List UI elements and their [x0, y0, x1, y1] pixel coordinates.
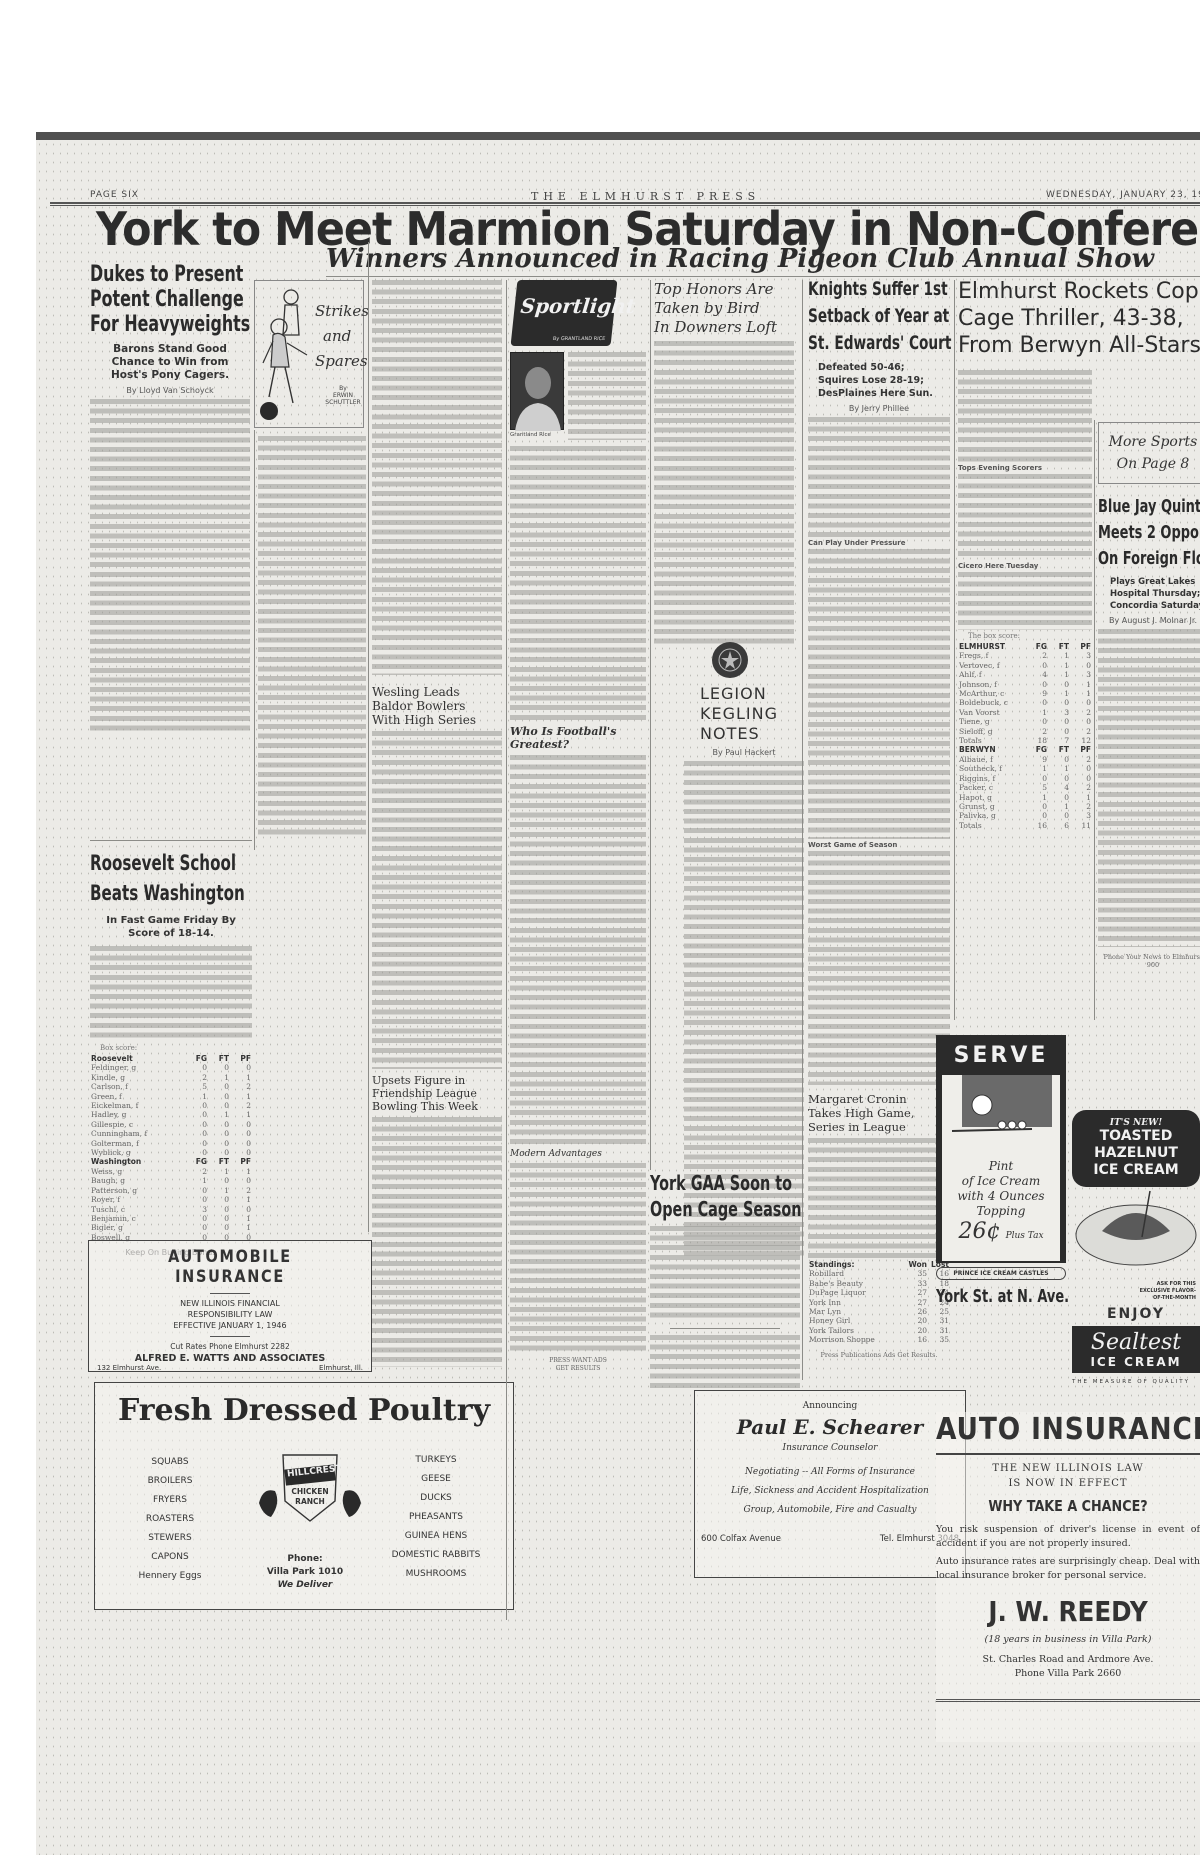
product-line: HAZELNUT: [1076, 1145, 1196, 1162]
box-score-table: WashingtonFGFTPFWeiss, g211Baugh, g100Pa…: [90, 1157, 252, 1242]
logo-line: CHICKEN: [285, 1487, 335, 1497]
table-row: Patterson, g012: [90, 1186, 252, 1195]
headline-line: Friendship League: [372, 1087, 502, 1100]
poultry-item: FRYERS: [115, 1491, 225, 1510]
table-row: McArthur, c911: [958, 689, 1092, 698]
headline-line: Setback of Year at: [808, 303, 910, 330]
page-number: PAGE SIX: [90, 190, 139, 200]
more-sports-line: On Page 8: [1099, 453, 1200, 475]
headline-line: Potent Challenge: [90, 287, 205, 312]
divider: [670, 1328, 780, 1329]
poultry-item: PHEASANTS: [373, 1508, 499, 1527]
upsets-headline: Upsets Figure in Friendship League Bowli…: [372, 1074, 502, 1113]
table-row: Morrison Shoppe1635: [808, 1335, 950, 1344]
ad-services: Negotiating -- All Forms of Insurance Li…: [695, 1463, 965, 1520]
box-score-header: RooseveltFGFTPF: [90, 1054, 252, 1063]
headline-line: Meets 2 Opponents: [1098, 520, 1177, 546]
offer-line: with 4 Ounces: [942, 1189, 1060, 1204]
table-row: Wyblick, g000: [90, 1148, 252, 1157]
ad-jw-reedy: AUTO INSURANCE THE NEW ILLINOIS LAW IS N…: [936, 1412, 1200, 1742]
headline-line: KEGLING: [700, 704, 804, 724]
table-row: Eickelman, f002: [90, 1101, 252, 1110]
headline-line: LEGION: [700, 684, 804, 704]
roosevelt-box-score: RooseveltFGFTPFFeldinger, g000Kindle, g2…: [90, 1054, 252, 1242]
column-rule: [368, 242, 369, 1232]
want-ads-filler: PRESS WANT ADS GET RESULTS: [548, 1357, 608, 1373]
poultry-item: CAPONS: [115, 1548, 225, 1567]
offer-line: of Ice Cream: [942, 1174, 1060, 1189]
ad-prince-ice-cream: SERVE Pint of Ice Cream with 4 Ounces To…: [936, 1035, 1066, 1325]
deck-line: Plays Great Lakes: [1110, 576, 1200, 588]
section-rule: [326, 276, 1200, 277]
table-row: Fregs, f213: [958, 651, 1092, 660]
poultry-list-left: SQUABSBROILERSFRYERSROASTERSSTEWERSCAPON…: [115, 1453, 225, 1586]
sportlight-body-2: Who Is Football's Greatest?: [510, 755, 646, 1145]
headline-line: Margaret Cronin: [808, 1092, 950, 1106]
bluejay-deck: Plays Great Lakes Hospital Thursday; Con…: [1098, 576, 1200, 612]
headline-line: Knights Suffer 1st: [808, 276, 910, 303]
ad-fresh-poultry: Fresh Dressed Poultry SQUABSBROILERSFRYE…: [94, 1382, 514, 1610]
table-row: Ahlf, f413: [958, 670, 1092, 679]
rockets-headline: Elmhurst Rockets Cop Cage Thriller, 43-3…: [958, 278, 1200, 359]
headline-line: Cage Thriller, 43-38,: [958, 305, 1200, 332]
issue-date: WEDNESDAY, JANUARY 23, 1946: [1046, 190, 1200, 200]
poultry-item: MUSHROOMS: [373, 1565, 499, 1584]
table-row: Van Voorst132: [958, 708, 1092, 717]
deck-line: Squires Lose 28-19;: [818, 374, 950, 387]
product-line: ICE CREAM: [1076, 1162, 1196, 1179]
section-rule: [90, 840, 252, 841]
poultry-item: BROILERS: [115, 1472, 225, 1491]
scan-margin: [0, 0, 1200, 140]
sportlight-wordmark: Sportlight: [512, 280, 617, 332]
article-roosevelt: Roosevelt School Beats Washington In Fas…: [90, 848, 252, 1261]
box-score-table: BERWYNFGFTPFAlbaue, f902Southeck, f110Ri…: [958, 745, 1092, 830]
strikes-continued-body: WITH SQUADS AT 4, 5, 6, 8 and 10 o'clock…: [372, 280, 502, 675]
ad-sealtest: IT'S NEW! TOASTED HAZELNUT ICE CREAM ASK…: [1072, 1110, 1200, 1380]
headline-line: With High Series: [372, 713, 502, 727]
table-row: DuPage Liquor2724: [808, 1288, 950, 1297]
ad-contact: St. Charles Road and Ardmore Ave. Phone …: [936, 1653, 1200, 1681]
offer-line: Pint: [942, 1159, 1060, 1174]
box-score-header: BERWYNFGFTPF: [958, 745, 1092, 754]
grantland-rice-photo: [510, 352, 564, 430]
modern-advantages-subhead: Modern Advantages: [510, 1149, 646, 1159]
title-line: Strikes: [315, 299, 369, 324]
table-row: Babe's Beauty3318: [808, 1279, 950, 1288]
cronin-standings: Standings:WonLostRobillard3516Babe's Bea…: [808, 1260, 950, 1345]
bluejay-body: After suffering defeat 35-33 in a very c…: [1098, 629, 1200, 947]
photo-caption: Grantland Rice: [510, 432, 551, 438]
ad-firm: ALFRED E. WATTS AND ASSOCIATES: [89, 1353, 371, 1364]
table-row: Albaue, f902: [958, 755, 1092, 764]
prince-ad-frame: SERVE Pint of Ice Cream with 4 Ounces To…: [936, 1035, 1066, 1263]
table-row: Weiss, g211: [90, 1167, 252, 1176]
table-row: Vertovec, f010: [958, 661, 1092, 670]
table-row: Boldebuck, c000: [958, 698, 1092, 707]
ad-product: TOASTED HAZELNUT ICE CREAM: [1076, 1128, 1196, 1179]
standings-table: Standings:WonLostRobillard3516Babe's Bea…: [808, 1260, 950, 1345]
rockets-subhead: Cicero Here Tuesday: [958, 562, 1092, 570]
table-row: Grunst, g012: [958, 802, 1092, 811]
deck-line: Hospital Thursday;: [1110, 588, 1200, 600]
poultry-item: DOMESTIC RABBITS: [373, 1546, 499, 1565]
rockets-subhead: Tops Evening Scorers: [958, 464, 1092, 472]
table-row: Hapot, g101: [958, 793, 1092, 802]
article-sportlight: Sportlight By GRANTLAND RICE Grantland R…: [510, 280, 646, 1373]
legion-headline: LEGION KEGLING NOTES: [684, 684, 804, 744]
headline-line: NOTES: [700, 724, 804, 744]
sportlight-side-body: Sportlight: [568, 352, 646, 440]
ad-address: 600 Colfax Avenue: [701, 1534, 781, 1544]
dukes-deck: Barons Stand Good Chance to Win from Hos…: [98, 343, 242, 382]
ad-title: Fresh Dressed Poultry: [95, 1393, 513, 1428]
more-sports-line: More Sports: [1099, 431, 1200, 453]
ad-line: Life, Sickness and Accident Hospitalizat…: [695, 1482, 965, 1501]
headline-line: Roosevelt School: [90, 848, 207, 878]
headline-line: York GAA Soon to: [650, 1170, 758, 1196]
dukes-body: "Go west, young man," advised Horace Gre…: [90, 399, 250, 734]
ad-brand-sub: ICE CREAM: [1072, 1355, 1200, 1369]
roosevelt-headline: Roosevelt School Beats Washington: [90, 848, 207, 908]
knights-headline: Knights Suffer 1st Setback of Year at St…: [808, 276, 910, 357]
table-row: Mar Lyn2625: [808, 1307, 950, 1316]
wesling-body: Wesling of Home Motors had high series c…: [372, 731, 502, 1069]
ad-brand: PRINCE ICE CREAM CASTLES: [936, 1267, 1066, 1280]
headline-line: St. Edwards' Court: [808, 330, 910, 357]
rockets-box-score: ELMHURSTFGFTPFFregs, f213Vertovec, f010A…: [958, 642, 1092, 830]
ad-paragraph: You risk suspension of driver's license …: [936, 1523, 1200, 1551]
table-row: York Inn2724: [808, 1298, 950, 1307]
box-score-header: ELMHURSTFGFTPF: [958, 642, 1092, 651]
title-line: Spares: [315, 349, 369, 374]
ad-years: (18 years in business in Villa Park): [936, 1634, 1200, 1645]
headline-line: Takes High Game,: [808, 1106, 950, 1120]
strikes-continued-col: WITH SQUADS AT 4, 5, 6, 8 and 10 o'clock…: [372, 280, 502, 675]
ad-line: EFFECTIVE JANUARY 1, 1946: [89, 1320, 371, 1331]
column-rule: [254, 430, 255, 850]
ad-serve: SERVE: [938, 1037, 1064, 1068]
divider: [936, 1453, 1200, 1455]
table-row: Royer, f001: [90, 1195, 252, 1204]
article-knights: Knights Suffer 1st Setback of Year at St…: [808, 276, 950, 1085]
article-cronin: Margaret Cronin Takes High Game, Series …: [808, 1092, 950, 1359]
deck-line: Defeated 50-46;: [818, 361, 950, 374]
ad-title: Insurance Counselor: [695, 1443, 965, 1453]
ad-offer: Pint of Ice Cream with 4 Ounces Topping: [942, 1159, 1060, 1219]
bowler-illustration-icon: [259, 285, 319, 425]
sealtest-headline-box: IT'S NEW! TOASTED HAZELNUT ICE CREAM: [1072, 1110, 1200, 1187]
headline-line: Beats Washington: [90, 878, 207, 908]
ad-automobile-insurance: AUTOMOBILE INSURANCE NEW ILLINOIS FINANC…: [88, 1240, 372, 1372]
knights-body: Defeated 50-46;: [808, 417, 950, 537]
rockets-body: The Elmhurst Rockets copped a basketball…: [958, 370, 1092, 462]
column-rule: [506, 280, 507, 1620]
pigeon-headline: Winners Announced in Racing Pigeon Club …: [326, 244, 1106, 274]
headline-line: Dukes to Present: [90, 262, 205, 287]
table-row: Green, f101: [90, 1092, 252, 1101]
knights-body-3: DesPlaines Here Sun.: [808, 851, 950, 1085]
ad-law-lines: NEW ILLINOIS FINANCIAL RESPONSIBILITY LA…: [89, 1298, 371, 1331]
roosevelt-deck: In Fast Game Friday By Score of 18-14.: [100, 914, 242, 940]
table-row: Johnson, f001: [958, 680, 1092, 689]
divider: [936, 1699, 1200, 1702]
table-row: Riggins, f000: [958, 774, 1092, 783]
delivery-note: We Deliver: [245, 1579, 365, 1592]
knights-subhead: Can Play Under Pressure: [808, 539, 950, 547]
ad-price: 26¢: [958, 1219, 1000, 1244]
ad-tagline: THE MEASURE OF QUALITY: [1072, 1379, 1200, 1385]
poultry-item: Hennery Eggs: [115, 1567, 225, 1586]
ad-line: RESPONSIBILITY LAW: [89, 1309, 371, 1320]
cronin-body: Margaret Cronin took both high series an…: [808, 1138, 950, 1258]
article-dukes: Dukes to Present Potent Challenge For He…: [90, 262, 250, 734]
ad-announcing: Announcing: [695, 1401, 965, 1411]
column-rule: [650, 280, 651, 1170]
article-pigeon: Top Honors Are Taken by Bird In Downers …: [654, 280, 794, 646]
headline-line: Top Honors Are: [654, 280, 794, 299]
press-publications-filler: Press Publications Ads Get Results.: [808, 1351, 950, 1359]
offer-line: Topping: [942, 1204, 1060, 1219]
gaa-body: "If you were one of those unfortunates c…: [650, 1226, 800, 1322]
poultry-item: ROASTERS: [115, 1510, 225, 1529]
column-rule: [802, 280, 803, 1380]
pigeon-body: A bird belonging to A. R. Kidder, Downer…: [654, 341, 794, 646]
article-rockets: Elmhurst Rockets Cop Cage Thriller, 43-3…: [958, 278, 1200, 359]
ad-contact-row: 600 Colfax Avenue Tel. Elmhurst 3048: [695, 1534, 965, 1544]
knights-deck: Defeated 50-46; Squires Lose 28-19; DesP…: [808, 361, 950, 400]
divider: [210, 1336, 250, 1337]
poultry-item: TURKEYS: [373, 1451, 499, 1470]
table-row: Hadley, g011: [90, 1110, 252, 1119]
newspaper-page: PAGE SIX THE ELMHURST PRESS WEDNESDAY, J…: [36, 140, 1200, 1855]
wesling-headline: Wesling Leads Baldor Bowlers With High S…: [372, 685, 502, 727]
strikes-byline: By ERWIN SCHUTTLER: [325, 385, 361, 406]
table-row: Gillespie, c000: [90, 1120, 252, 1129]
ad-line: Group, Automobile, Fire and Casualty: [695, 1501, 965, 1520]
box-score-header: WashingtonFGFTPF: [90, 1157, 252, 1166]
table-row: Bigler, g001: [90, 1223, 252, 1232]
box-label: The box score:: [968, 632, 1092, 640]
product-line: TOASTED: [1076, 1128, 1196, 1145]
rockets-body-col: The Elmhurst Rockets copped a basketball…: [958, 370, 1092, 830]
ad-ask: ASK FOR THIS EXCLUSIVE FLAVOR-OF-THE-MON…: [1136, 1281, 1196, 1302]
roosevelt-body: In the first of a series of basketball g…: [90, 946, 252, 1042]
byline-by: By: [325, 385, 361, 392]
table-row: Carlson, f502: [90, 1082, 252, 1091]
more-sports-box: More Sports On Page 8: [1098, 422, 1200, 484]
headline-line: Upsets Figure in: [372, 1074, 502, 1087]
logo-line: RANCH: [285, 1497, 335, 1507]
ad-line: Negotiating -- All Forms of Insurance: [695, 1463, 965, 1482]
ad-line: IS NOW IN EFFECT: [936, 1476, 1200, 1491]
ad-new: IT'S NEW!: [1076, 1118, 1196, 1128]
lady-next-door: The Lady Next Door says her Victory Gard…: [650, 1335, 800, 1391]
sportlight-photo-block: Grantland Rice Sportlight: [510, 352, 646, 442]
poultry-list-right: TURKEYSGEESEDUCKSPHEASANTSGUINEA HENSDOM…: [373, 1451, 499, 1584]
knights-body-2: Squires Lose 28-19;: [808, 549, 950, 839]
table-row: Benjamin, c001: [90, 1214, 252, 1223]
box-score-table: ELMHURSTFGFTPFFregs, f213Vertovec, f010A…: [958, 642, 1092, 745]
deck-line: DesPlaines Here Sun.: [818, 387, 950, 400]
headline-line: Series in League: [808, 1120, 950, 1134]
ad-title: AUTO INSURANCE: [936, 1412, 1168, 1447]
dukes-headline: Dukes to Present Potent Challenge For He…: [90, 262, 205, 337]
headline-line: Open Cage Season: [650, 1196, 758, 1222]
phone-number: Villa Park 1010: [245, 1566, 365, 1579]
table-row: Cunningham, f000: [90, 1129, 252, 1138]
ad-line: THE NEW ILLINOIS LAW: [936, 1461, 1200, 1476]
headline-line: In Downers Loft: [654, 318, 794, 337]
title-line: and: [315, 324, 369, 349]
table-row: Kindle, g211: [90, 1073, 252, 1082]
headline-line: Blue Jay Quintet: [1098, 494, 1177, 520]
headline-line: For Heavyweights: [90, 312, 205, 337]
column-rule: [954, 280, 955, 1020]
article-gaa: York GAA Soon to Open Cage Season "If yo…: [650, 1170, 800, 1391]
pigeon-article-headline: Top Honors Are Taken by Bird In Downers …: [654, 280, 794, 337]
headline-line: Taken by Bird: [654, 299, 794, 318]
ad-phone: Phone Villa Park 2660: [936, 1667, 1200, 1681]
hillcrest-logo: HILLCREST CHICKEN RANCH: [255, 1443, 365, 1543]
ad-phone: Cut Rates Phone Elmhurst 2282: [89, 1342, 371, 1351]
ad-paul-schearer: Announcing Paul E. Schearer Insurance Co…: [694, 1390, 966, 1578]
gaa-headline: York GAA Soon to Open Cage Season: [650, 1170, 758, 1222]
article-bluejay: Blue Jay Quintet Meets 2 Opponents On Fo…: [1098, 494, 1200, 969]
ad-address-row: 132 Elmhurst Ave. Elmhurst, Ill.: [89, 1364, 371, 1372]
ad-line: NEW ILLINOIS FINANCIAL: [89, 1298, 371, 1309]
table-row: Honey Girl2031: [808, 1316, 950, 1325]
article-upsets: Upsets Figure in Friendship League Bowli…: [372, 1074, 502, 1367]
deck-line: Concordia Saturday.: [1110, 600, 1200, 612]
headline-line: Wesling Leads: [372, 685, 502, 699]
strikes-body: WITH SQUADS AT 4, 5, 6, 8 and 10 o'clock…: [258, 436, 366, 836]
table-row: Sieloff, g202: [958, 727, 1092, 736]
pigeon-banner: Winners Announced in Racing Pigeon Club …: [326, 244, 1106, 274]
logo-chicken-ranch: CHICKEN RANCH: [285, 1487, 335, 1507]
knights-byline: By Jerry Phillee: [808, 404, 950, 413]
table-row: Tuschl, c300: [90, 1205, 252, 1214]
headline-line: On Foreign Floors: [1098, 546, 1177, 572]
ad-question: WHY TAKE A CHANCE?: [956, 1497, 1180, 1515]
waitress-illustration-icon: [942, 1075, 1060, 1155]
ad-price-row: 26¢ Plus Tax: [942, 1219, 1060, 1244]
ad-law-lines: THE NEW ILLINOIS LAW IS NOW IN EFFECT: [936, 1461, 1200, 1491]
ad-name: Paul E. Schearer: [695, 1415, 965, 1439]
table-row: Feldinger, g000: [90, 1063, 252, 1072]
dukes-byline: By Lloyd Van Schoyck: [90, 386, 250, 395]
divider: [210, 1293, 250, 1294]
poultry-item: GEESE: [373, 1470, 499, 1489]
ad-enjoy: ENJOY: [1072, 1306, 1200, 1322]
table-row: Baugh, g100: [90, 1176, 252, 1185]
bluejay-byline: By August J. Molnar Jr.: [1098, 616, 1200, 625]
prince-ad-panel: Pint of Ice Cream with 4 Ounces Topping …: [942, 1075, 1060, 1261]
table-row: Totals18712: [958, 736, 1092, 745]
ad-name: J. W. REEDY: [952, 1595, 1184, 1628]
legion-emblem-icon: [710, 640, 750, 680]
knights-subhead: Worst Game of Season: [808, 841, 950, 849]
sportlight-byline: By GRANTLAND RICE: [552, 336, 605, 342]
phone-news-filler: Phone Your News to Elmhurst 900: [1098, 953, 1200, 969]
ad-city: Elmhurst, Ill.: [319, 1364, 363, 1372]
poultry-item: DUCKS: [373, 1489, 499, 1508]
strikes-body-col: WITH SQUADS AT 4, 5, 6, 8 and 10 o'clock…: [258, 436, 366, 836]
headline-line: Baldor Bowlers: [372, 699, 502, 713]
article-legion: LEGION KEGLING NOTES By Paul Hackert THE…: [684, 640, 804, 1256]
sportlight-body: Sportlight: [510, 446, 646, 721]
table-row: Palivka, g003: [958, 811, 1092, 820]
strikes-title: Strikes and Spares: [315, 299, 369, 374]
bluejay-headline: Blue Jay Quintet Meets 2 Opponents On Fo…: [1098, 494, 1177, 572]
poultry-item: GUINEA HENS: [373, 1527, 499, 1546]
upsets-body: The Beavers ganged up on the Eagles this…: [372, 1117, 502, 1367]
ad-tax: Plus Tax: [1006, 1231, 1044, 1241]
headline-line: Bowling This Week: [372, 1100, 502, 1113]
table-row: Totals16611: [958, 821, 1092, 830]
ad-title: AUTOMOBILE INSURANCE: [110, 1247, 350, 1287]
headline-line: From Berwyn All-Stars: [958, 332, 1200, 359]
table-row: Southeck, f110: [958, 764, 1092, 773]
rockets-body-2: The Elmhurst Rockets copped a basketball…: [958, 474, 1092, 560]
byline-author: ERWIN SCHUTTLER: [325, 392, 361, 406]
table-row: Tiene, g000: [958, 717, 1092, 726]
sportlight-logo: Sportlight By GRANTLAND RICE: [511, 280, 618, 346]
cronin-headline: Margaret Cronin Takes High Game, Series …: [808, 1092, 950, 1134]
poultry-item: STEWERS: [115, 1529, 225, 1548]
sundae-dish-icon: [1072, 1187, 1200, 1277]
more-sports-text: More Sports On Page 8: [1099, 431, 1200, 475]
headline-line: Elmhurst Rockets Cop: [958, 278, 1200, 305]
table-row: Golterman, f000: [90, 1139, 252, 1148]
box-score-table: RooseveltFGFTPFFeldinger, g000Kindle, g2…: [90, 1054, 252, 1157]
ad-paragraph: Auto insurance rates are surprisingly ch…: [936, 1555, 1200, 1583]
ad-address: St. Charles Road and Ardmore Ave.: [936, 1653, 1200, 1667]
strikes-spares-box: Strikes and Spares By ERWIN SCHUTTLER: [254, 280, 364, 428]
ad-address: 132 Elmhurst Ave.: [97, 1364, 161, 1372]
ad-brand: Sealtest: [1072, 1330, 1200, 1355]
table-row: York Tailors2031: [808, 1326, 950, 1335]
poultry-item: SQUABS: [115, 1453, 225, 1472]
table-row: Robillard3516: [808, 1269, 950, 1278]
football-subhead: Who Is Football's Greatest?: [510, 725, 646, 751]
table-row: Packer, c542: [958, 783, 1092, 792]
column-rule: [1094, 420, 1095, 1020]
poultry-contact: Phone: Villa Park 1010 We Deliver: [245, 1553, 365, 1592]
rockets-body-3: The Elmhurst Rockets copped a basketball…: [958, 572, 1092, 630]
sealtest-brand-box: Sealtest ICE CREAM: [1072, 1326, 1200, 1373]
sportlight-body-3: Modern Advantages: [510, 1163, 646, 1351]
article-wesling: Wesling Leads Baldor Bowlers With High S…: [372, 685, 502, 1069]
portrait-icon: [511, 353, 565, 431]
ad-location: York St. at N. Ave.: [936, 1286, 1030, 1307]
legion-byline: By Paul Hackert: [684, 748, 804, 757]
box-label: Box score:: [100, 1044, 252, 1052]
phone-label: Phone:: [245, 1553, 365, 1566]
